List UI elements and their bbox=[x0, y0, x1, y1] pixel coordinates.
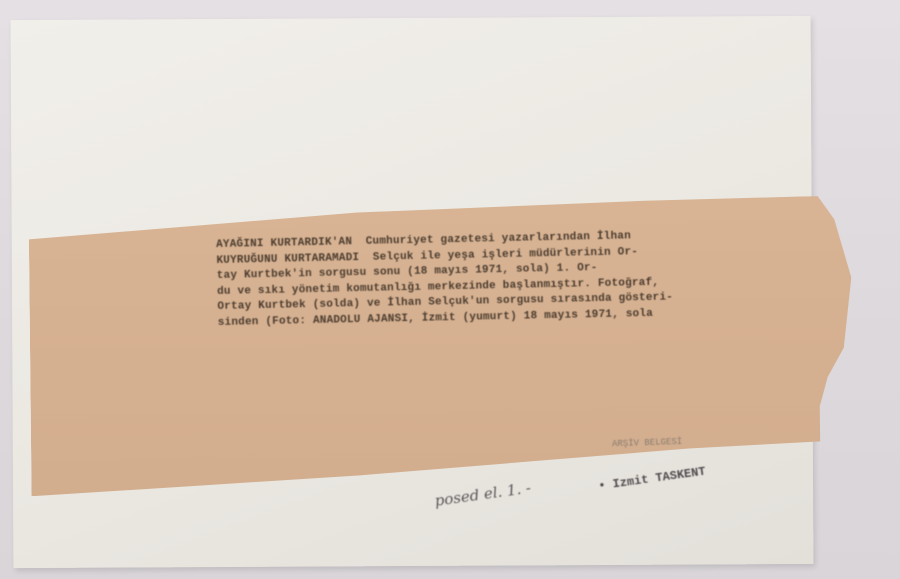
typed-caption: AYAĞINI KURTARDIK'AN Cumhuriyet gazetesi… bbox=[216, 225, 818, 331]
